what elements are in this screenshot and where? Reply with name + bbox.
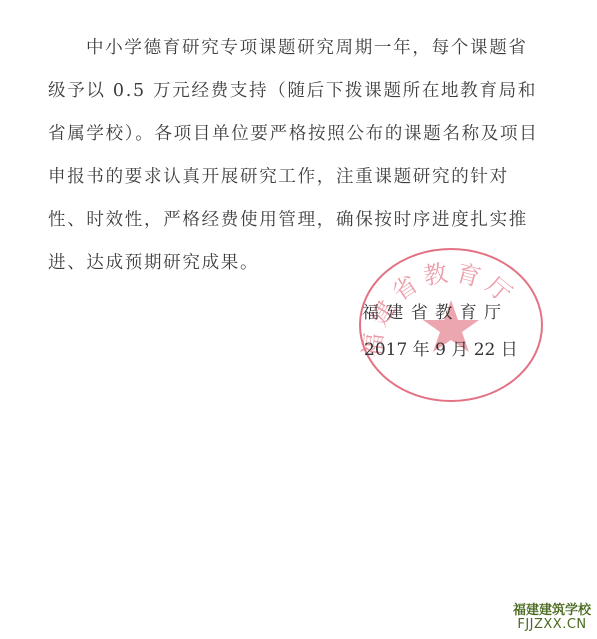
watermark-name: 福建建筑学校 xyxy=(513,604,591,618)
paragraph-line-1: 中小学德育研究专项课题研究周期一年，每个课题省 xyxy=(86,34,528,59)
signature-date: 2017 年 9 月 22 日 xyxy=(364,335,518,360)
paragraph-line-4: 申报书的要求认真开展研究工作，注重课题研究的针对 xyxy=(48,163,509,188)
official-seal: 福建省教育厅 xyxy=(358,248,544,403)
paragraph-line-6: 进、达成预期研究成果。 xyxy=(48,249,259,274)
paragraph-line-3: 省属学校）。各项目单位要严格按照公布的课题名称及项目 xyxy=(48,120,538,145)
site-watermark: 福建建筑学校 FJJZXX.CN xyxy=(513,604,591,632)
signature-organization: 福 建 省 教 育 厅 xyxy=(362,298,502,323)
paragraph-line-5: 性、时效性，严格经费使用管理，确保按时序进度扎实推 xyxy=(48,206,528,231)
watermark-domain: FJJZXX.CN xyxy=(513,618,591,632)
paragraph-line-2: 级予以 0.5 万元经费支持（随后下拨课题所在地教育局和 xyxy=(48,77,537,102)
